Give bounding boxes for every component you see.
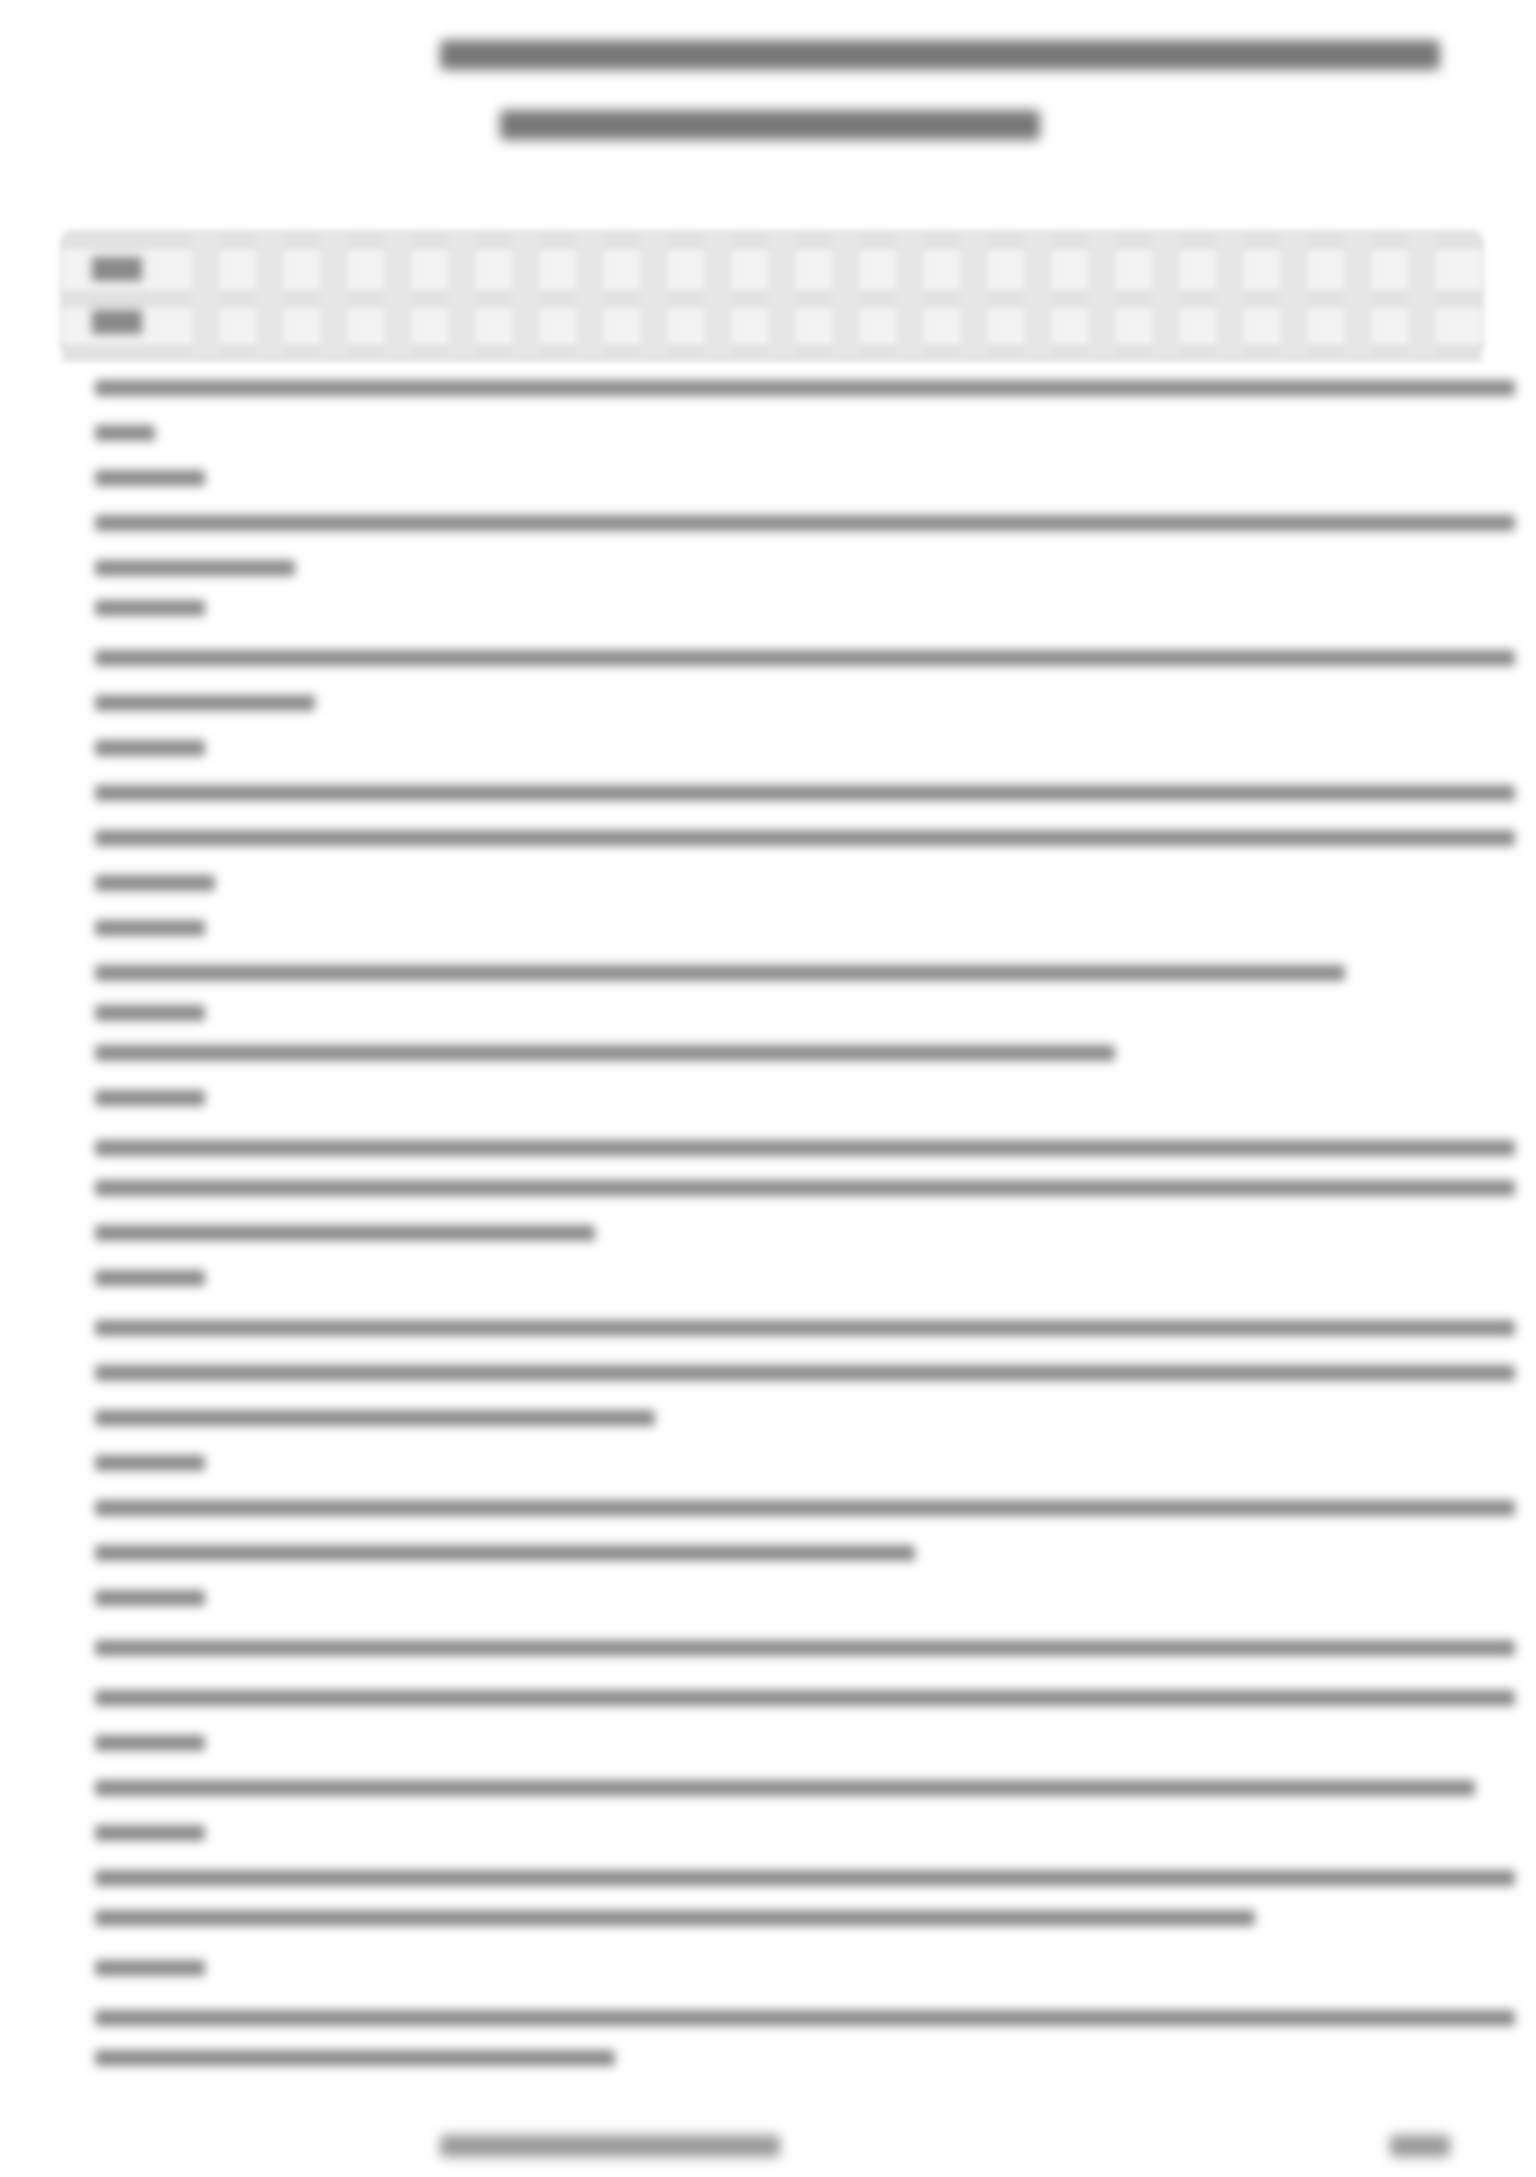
- document-title-line-1: [440, 40, 1440, 70]
- text-line: [95, 1500, 1515, 1516]
- text-line: [95, 740, 205, 756]
- text-line: [95, 1410, 655, 1426]
- page-footer-number: [1390, 2135, 1450, 2157]
- text-line: [95, 920, 205, 936]
- text-line: [95, 1870, 1515, 1886]
- text-line: [95, 1545, 915, 1561]
- text-line: [95, 1960, 205, 1976]
- text-line: [95, 425, 155, 441]
- text-line: [95, 875, 215, 891]
- text-line: [95, 1045, 1115, 1061]
- answer-table: [60, 230, 1484, 359]
- text-line: [95, 1365, 1515, 1381]
- text-line: [95, 1825, 205, 1841]
- text-line: [95, 470, 205, 486]
- document-title-line-2: [500, 110, 1040, 140]
- text-line: [95, 2010, 1515, 2026]
- text-line: [95, 785, 1515, 801]
- text-line: [95, 1780, 1475, 1796]
- text-line: [95, 1735, 205, 1751]
- text-line: [95, 1005, 205, 1021]
- text-line: [95, 1640, 1515, 1656]
- text-line: [95, 560, 295, 576]
- text-line: [95, 695, 315, 711]
- text-line: [95, 1910, 1255, 1926]
- text-line: [95, 515, 1515, 531]
- text-line: [95, 1320, 1515, 1336]
- text-line: [95, 1090, 205, 1106]
- text-line: [95, 1270, 205, 1286]
- text-line: [95, 830, 1515, 846]
- page-footer: [440, 2135, 780, 2157]
- text-line: [95, 600, 205, 616]
- text-line: [95, 1690, 1515, 1706]
- text-line: [95, 2050, 615, 2066]
- text-line: [95, 1180, 1515, 1196]
- text-line: [95, 1225, 595, 1241]
- text-line: [95, 1590, 205, 1606]
- text-line: [95, 380, 1515, 396]
- text-line: [95, 965, 1345, 981]
- text-line: [95, 650, 1515, 666]
- text-line: [95, 1140, 1515, 1156]
- text-line: [95, 1455, 205, 1471]
